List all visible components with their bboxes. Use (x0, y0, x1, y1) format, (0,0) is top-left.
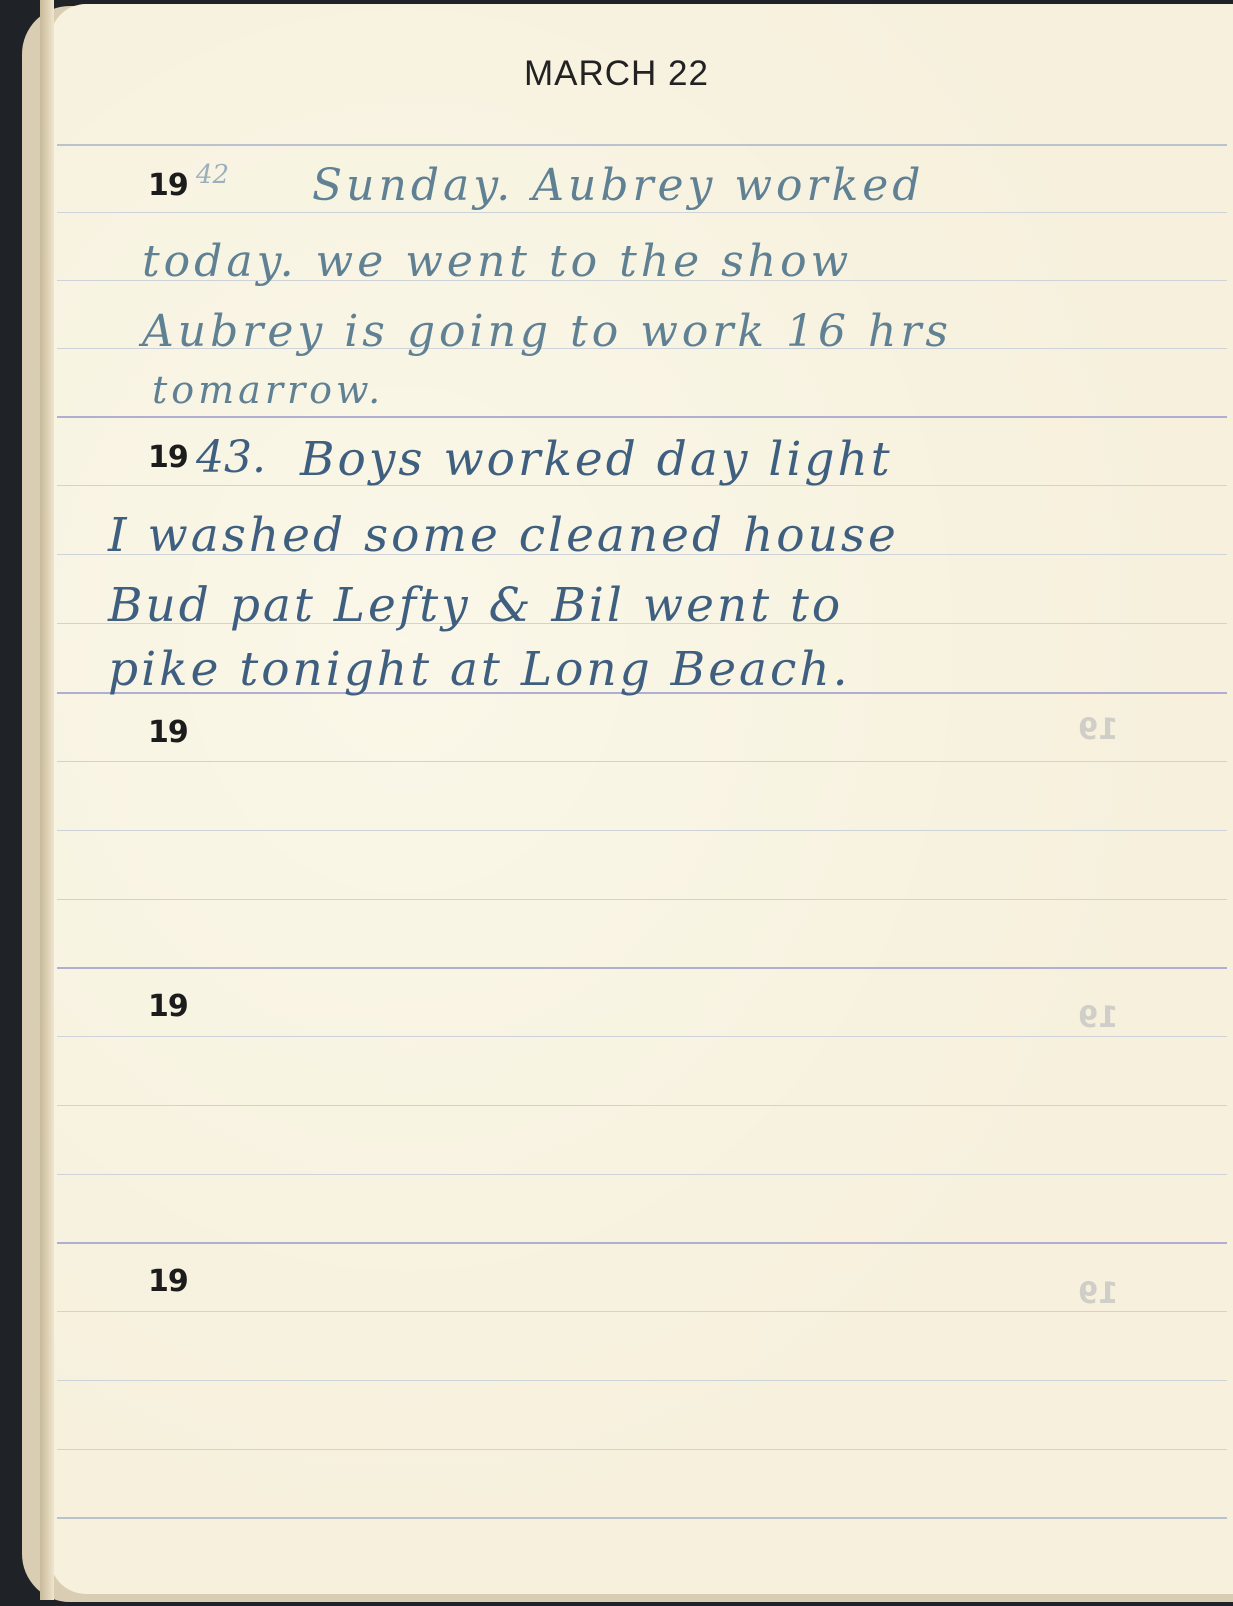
year-suffix-1942: 42 (196, 160, 229, 190)
ruled-line (57, 1174, 1227, 1175)
entry-1942-line-2: today. we went to the show (142, 236, 852, 287)
entry-1943-line-4: pike tonight at Long Beach. (108, 642, 851, 697)
bleed-through-year: 19 (1078, 1276, 1118, 1310)
section-divider (57, 144, 1227, 146)
section-divider (57, 416, 1227, 418)
ruled-line (57, 899, 1227, 900)
year-suffix-1943: 43. (196, 432, 266, 483)
year-label-2: 19 (148, 440, 188, 475)
entry-1943-line-1: Boys worked day light (300, 432, 893, 487)
ruled-line (57, 1036, 1227, 1037)
ruled-line (57, 1449, 1227, 1450)
year-label-3: 19 (148, 715, 188, 750)
ruled-line (57, 1105, 1227, 1106)
page-title: MARCH 22 (0, 54, 1233, 94)
entry-1943-line-2: I washed some cleaned house (108, 508, 899, 563)
page-gutter (40, 0, 54, 1600)
year-label-1: 19 (148, 168, 188, 203)
bleed-through-year: 19 (1078, 1000, 1118, 1034)
ruled-line (57, 830, 1227, 831)
ruled-line (57, 761, 1227, 762)
ruled-line (57, 212, 1227, 213)
section-divider (57, 1517, 1227, 1519)
section-divider (57, 1242, 1227, 1244)
entry-1942-line-3: Aubrey is going to work 16 hrs (142, 306, 952, 357)
entry-1942-line-4: tomarrow. (152, 368, 384, 412)
year-label-5: 19 (148, 1264, 188, 1299)
entry-1942-line-1: Sunday. Aubrey worked (312, 160, 924, 211)
ruled-line (57, 1311, 1227, 1312)
year-label-4: 19 (148, 989, 188, 1024)
ruled-line (57, 1380, 1227, 1381)
bleed-through-year: 19 (1078, 712, 1118, 746)
entry-1943-line-3: Bud pat Lefty & Bil went to (108, 578, 843, 633)
section-divider (57, 967, 1227, 969)
